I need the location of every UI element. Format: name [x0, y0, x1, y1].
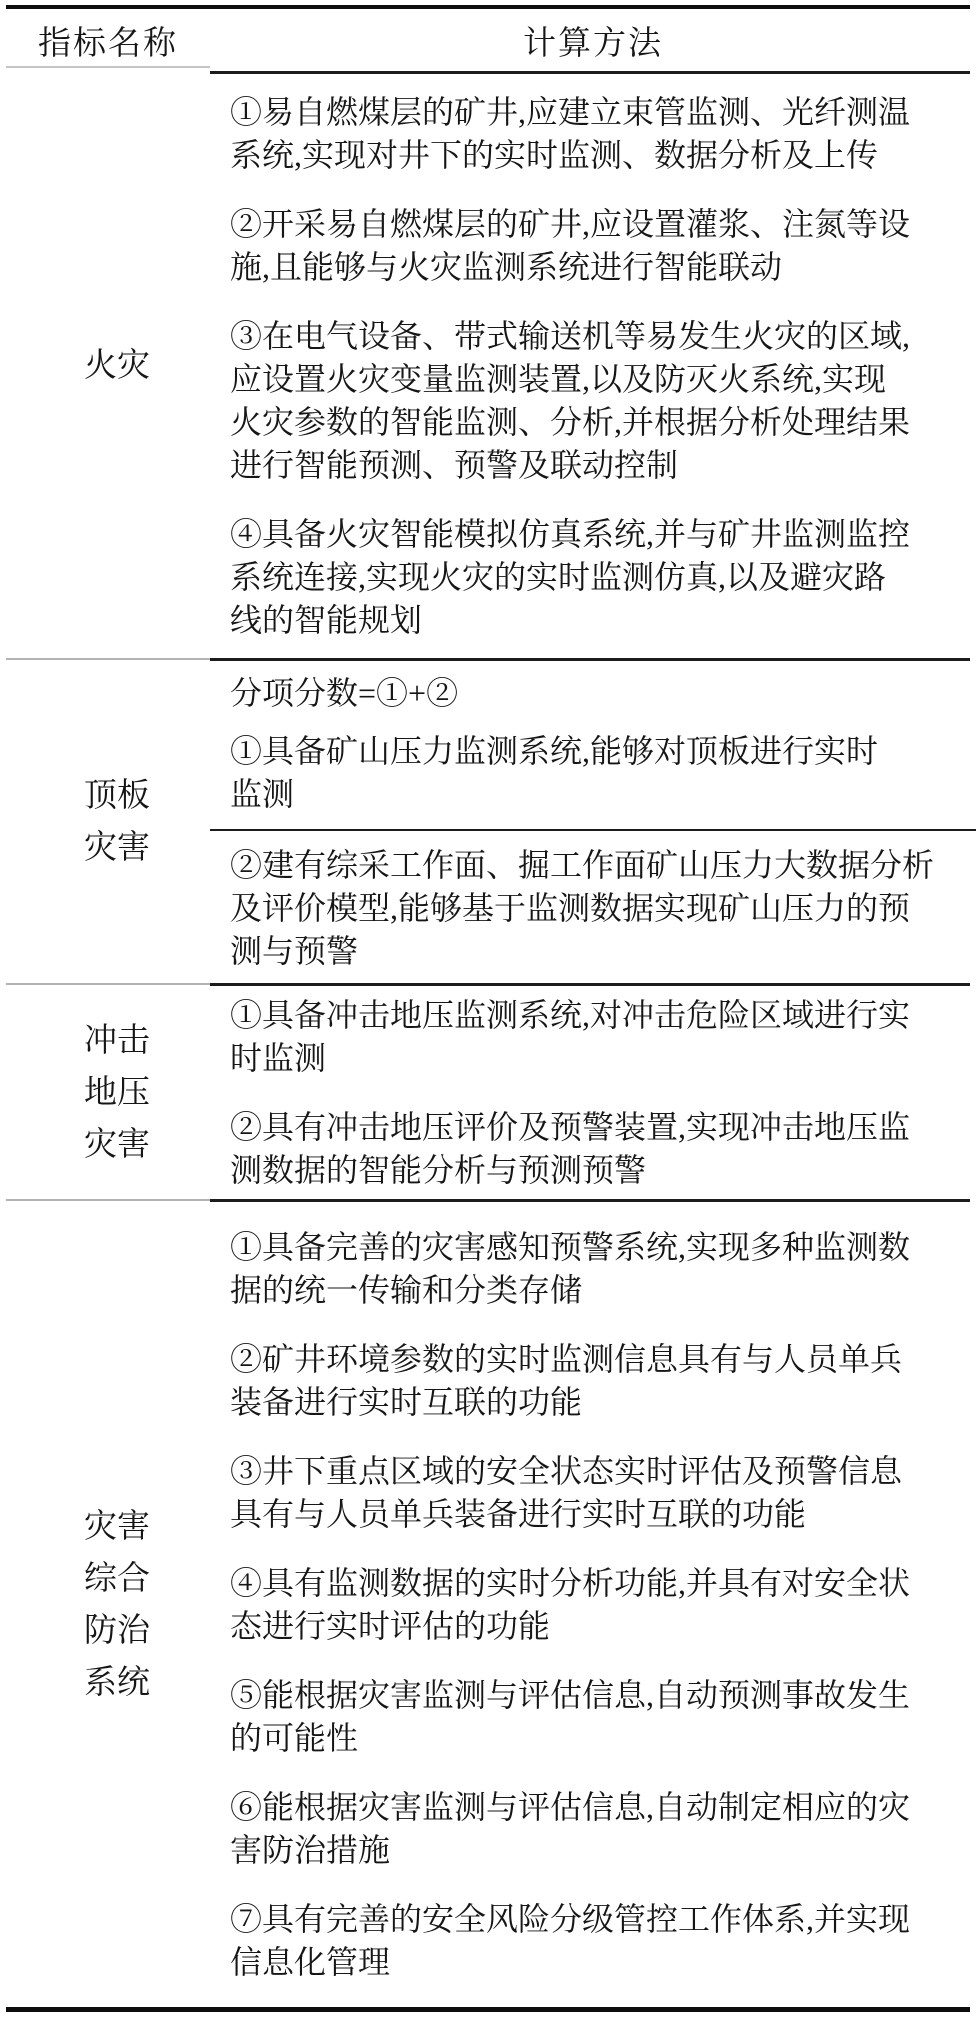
row-content-rock-burst: ①具备冲击地压监测系统,对冲击危险区域进行实 时监测 ②具有冲击地压评价及预警装…	[210, 986, 976, 1199]
system-item-3: ③井下重点区域的安全状态实时评估及预警信息 具有与人员单兵装备进行实时互联的功能	[230, 1450, 945, 1536]
header-divider-right-segment	[210, 71, 970, 74]
roof-item-1: ①具备矿山压力监测系统,能够对顶板进行实时 监测	[230, 730, 945, 816]
row-divider-3-right-segment	[210, 1199, 970, 1202]
system-item-5: ⑤能根据灾害监测与评估信息,自动预测事故发生 的可能性	[230, 1674, 945, 1760]
table-header-row: 指标名称 计算方法	[0, 9, 976, 71]
table-row-fire: 火灾 ①易自燃煤层的矿井,应建立束管监测、光纤测温 系统,实现对井下的实时监测、…	[0, 74, 976, 658]
row-label-rock-burst: 冲击 地压 灾害	[0, 986, 210, 1199]
system-item-4: ④具有监测数据的实时分析功能,并具有对安全状 态进行实时评估的功能	[230, 1562, 945, 1648]
row-content-comprehensive-system: ①具备完善的灾害感知预警系统,实现多种监测数 据的统一传输和分类存储 ②矿井环境…	[210, 1202, 976, 2007]
row-divider-3-left-segment	[6, 1199, 210, 1201]
row-content-fire: ①易自燃煤层的矿井,应建立束管监测、光纤测温 系统,实现对井下的实时监测、数据分…	[210, 74, 976, 658]
row-label-fire: 火灾	[0, 74, 210, 658]
row-label-comprehensive-system: 灾害 综合 防治 系统	[0, 1202, 210, 2007]
table-row-comprehensive-system: 灾害 综合 防治 系统 ①具备完善的灾害感知预警系统,实现多种监测数 据的统一传…	[0, 1202, 976, 2007]
system-item-2: ②矿井环境参数的实时监测信息具有与人员单兵 装备进行实时互联的功能	[230, 1338, 945, 1424]
system-item-6: ⑥能根据灾害监测与评估信息,自动制定相应的灾 害防治措施	[230, 1786, 945, 1872]
table-row-roof-disaster: 顶板 灾害 分项分数=①+② ①具备矿山压力监测系统,能够对顶板进行实时 监测 …	[0, 661, 976, 983]
document-page: 指标名称 计算方法 火灾 ①易自燃煤层的矿井,应建立束管监测、光纤测温 系统,实…	[0, 0, 976, 2022]
row-divider-2-left-segment	[6, 983, 210, 985]
header-calculation-method: 计算方法	[210, 17, 976, 64]
system-item-7: ⑦具有完善的安全风险分级管控工作体系,并实现 信息化管理	[230, 1898, 945, 1984]
row-divider-2	[6, 983, 970, 986]
roof-item-2: ②建有综采工作面、掘工作面矿山压力大数据分析 及评价模型,能够基于监测数据实现矿…	[230, 844, 945, 973]
row-divider-1-right-segment	[210, 658, 970, 661]
row-divider-1	[6, 658, 970, 661]
roof-inner-divider	[210, 829, 976, 831]
fire-item-3: ③在电气设备、带式输送机等易发生火灾的区域, 应设置火灾变量监测装置,以及防灭火…	[230, 315, 945, 487]
row-divider-3	[6, 1199, 970, 1202]
table-row-rock-burst: 冲击 地压 灾害 ①具备冲击地压监测系统,对冲击危险区域进行实 时监测 ②具有冲…	[0, 986, 976, 1199]
burst-item-1: ①具备冲击地压监测系统,对冲击危险区域进行实 时监测	[230, 994, 945, 1080]
row-divider-1-left-segment	[6, 658, 210, 660]
fire-item-1: ①易自燃煤层的矿井,应建立束管监测、光纤测温 系统,实现对井下的实时监测、数据分…	[230, 91, 945, 177]
fire-item-4: ④具备火灾智能模拟仿真系统,并与矿井监测监控 系统连接,实现火灾的实时监测仿真,…	[230, 513, 945, 642]
header-divider-left-segment	[6, 66, 210, 68]
table-bottom-border	[6, 2007, 970, 2012]
fire-item-2: ②开采易自燃煤层的矿井,应设置灌浆、注氮等设 施,且能够与火灾监测系统进行智能联…	[230, 203, 945, 289]
roof-subscore-formula: 分项分数=①+②	[230, 672, 945, 715]
row-label-roof-disaster: 顶板 灾害	[0, 661, 210, 983]
row-content-roof-disaster: 分项分数=①+② ①具备矿山压力监测系统,能够对顶板进行实时 监测 ②建有综采工…	[210, 661, 976, 983]
header-indicator-name: 指标名称	[0, 17, 210, 64]
indicator-method-table: 指标名称 计算方法 火灾 ①易自燃煤层的矿井,应建立束管监测、光纤测温 系统,实…	[0, 0, 976, 2012]
row-divider-2-right-segment	[210, 983, 970, 986]
header-divider	[6, 71, 970, 74]
burst-item-2: ②具有冲击地压评价及预警装置,实现冲击地压监 测数据的智能分析与预测预警	[230, 1106, 945, 1192]
system-item-1: ①具备完善的灾害感知预警系统,实现多种监测数 据的统一传输和分类存储	[230, 1226, 945, 1312]
